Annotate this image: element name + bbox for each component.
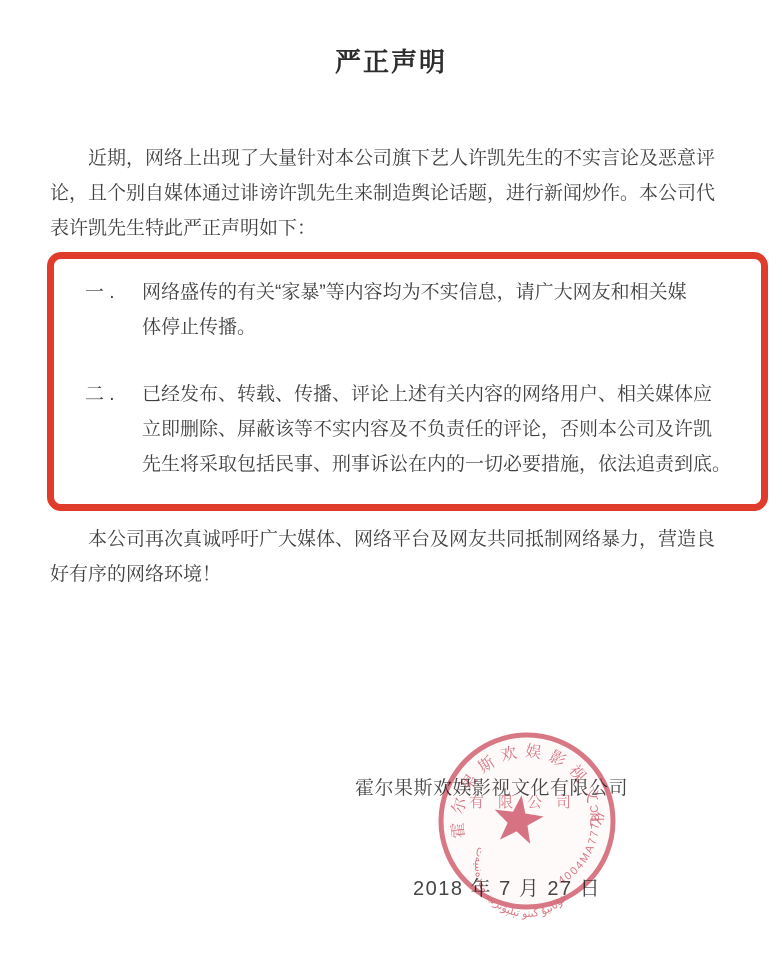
closing-line-2: 好有序的网络环境！ (50, 557, 736, 592)
closing-paragraph: 本公司再次真诚呼吁广大媒体、网络平台及网友共同抵制网络暴力，营造良 好有序的网络… (50, 522, 736, 592)
statement-title: 严正声明 (0, 42, 782, 79)
item-1-line-1: 网络盛传的有关“家暴”等内容均为不实信息，请广大网友和相关媒 (142, 275, 687, 310)
item-2-line-1: 已经发布、转载、传播、评论上述有关内容的网络用户、相关媒体应 (142, 377, 731, 412)
item-2-text: 已经发布、转载、传播、评论上述有关内容的网络用户、相关媒体应 立即删除、屏蔽该等… (142, 377, 731, 482)
item-2-line-3: 先生将采取包括民事、刑事诉讼在内的一切必要措施，依法追责到底。 (142, 447, 731, 482)
item-1-marker: 一 . (85, 275, 142, 310)
item-2-line-2: 立即删除、屏蔽该等不实内容及不负责任的评论，否则本公司及许凯 (142, 412, 731, 447)
intro-line-3: 表许凯先生特此严正声明如下： (50, 211, 736, 246)
intro-paragraph: 近期，网络上出现了大量针对本公司旗下艺人许凯先生的不实言论及恶意评 论，且个别自… (50, 141, 736, 246)
item-1-text: 网络盛传的有关“家暴”等内容均为不实信息，请广大网友和相关媒 体停止传播。 (142, 275, 687, 345)
statement-item-2: 二 . 已经发布、转载、传播、评论上述有关内容的网络用户、相关媒体应 立即删除、… (85, 377, 761, 482)
highlight-box: 一 . 网络盛传的有关“家暴”等内容均为不实信息，请广大网友和相关媒 体停止传播… (47, 252, 768, 511)
company-name: 霍尔果斯欢娱影视文化有限公司 (355, 773, 628, 800)
closing-line-1: 本公司再次真诚呼吁广大媒体、网络平台及网友共同抵制网络暴力，营造良 (50, 522, 736, 557)
intro-line-1: 近期，网络上出现了大量针对本公司旗下艺人许凯先生的不实言论及恶意评 (50, 141, 736, 176)
intro-line-2: 论，且个别自媒体通过诽谤许凯先生来制造舆论话题，进行新闻炒作。本公司代 (50, 176, 736, 211)
statement-item-1: 一 . 网络盛传的有关“家暴”等内容均为不实信息，请广大网友和相关媒 体停止传播… (85, 275, 761, 345)
signature-date: 2018 年 7 月 27 日 (413, 872, 601, 901)
item-2-marker: 二 . (85, 377, 142, 412)
item-1-line-2: 体停止传播。 (142, 310, 687, 345)
